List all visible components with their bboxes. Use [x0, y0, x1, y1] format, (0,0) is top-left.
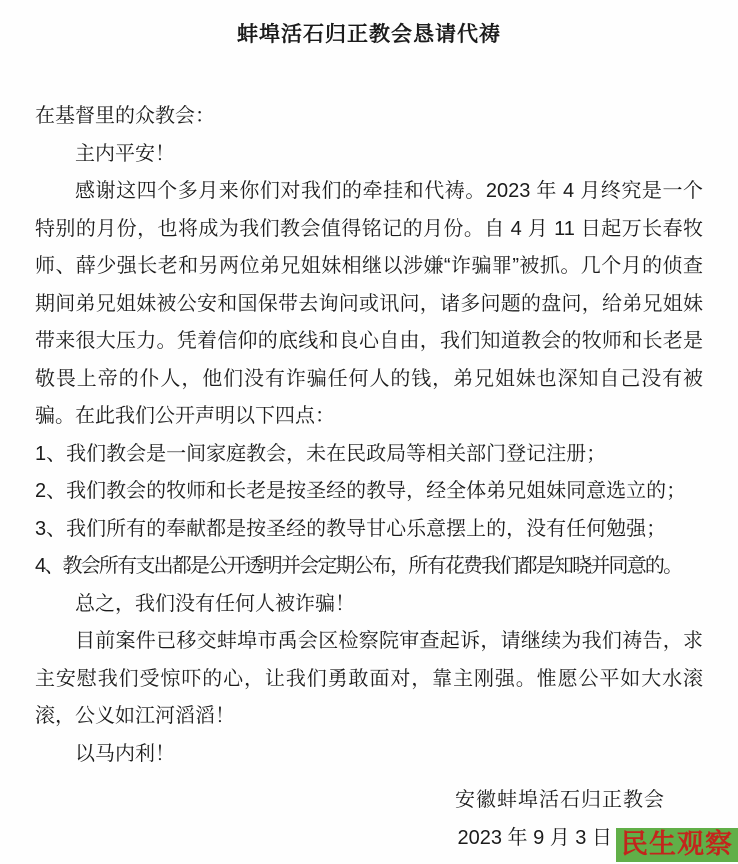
letter-body: 在基督里的众教会： 主内平安！ 感谢这四个多月来你们对我们的牵挂和代祷。2023…: [35, 98, 703, 773]
paragraph-closing: 以马内利！: [35, 736, 703, 774]
statement-item-1: 1、我们教会是一间家庭教会，未在民政局等相关部门登记注册；: [35, 436, 703, 474]
paragraph-intro: 感谢这四个多月来你们对我们的牵挂和代祷。2023 年 4 月终究是一个特别的月份…: [35, 173, 703, 436]
document-title: 蚌埠活石归正教会恳请代祷: [35, 20, 703, 50]
signature-block: 安徽蚌埠活石归正教会 2023 年 9 月 3 日: [35, 781, 703, 857]
date: 2023 年 9 月 3 日: [35, 819, 703, 857]
watermark-stamp: 民生观察: [616, 828, 738, 862]
document-page: 蚌埠活石归正教会恳请代祷 在基督里的众教会： 主内平安！ 感谢这四个多月来你们对…: [0, 0, 738, 864]
statement-item-3: 3、我们所有的奉献都是按圣经的教导甘心乐意摆上的，没有任何勉强；: [35, 511, 703, 549]
salutation: 在基督里的众教会：: [35, 98, 703, 136]
signature: 安徽蚌埠活石归正教会: [35, 781, 703, 819]
paragraph-summary: 总之，我们没有任何人被诈骗！: [35, 586, 703, 624]
paragraph-greeting: 主内平安！: [35, 136, 703, 174]
paragraph-case-status: 目前案件已移交蚌埠市禹会区检察院审查起诉，请继续为我们祷告，求主安慰我们受惊吓的…: [35, 623, 703, 736]
statement-item-2: 2、我们教会的牧师和长老是按圣经的教导，经全体弟兄姐妹同意选立的；: [35, 473, 703, 511]
statement-item-4: 4、教会所有支出都是公开透明并会定期公布，所有花费我们都是知晓并同意的。: [35, 548, 703, 586]
